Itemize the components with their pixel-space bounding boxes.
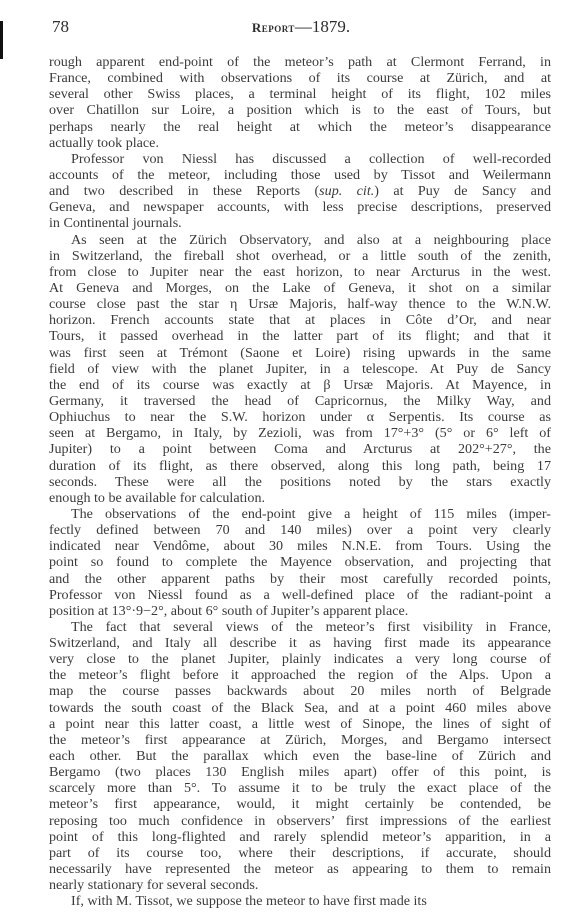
text-line: rough apparent end-point of the meteor’s… [49,54,551,70]
text-line: enough to be available for calculation. [49,490,551,506]
text-line: Ophiuchus to near the S.W. horizon under… [49,409,551,425]
text-line: actually took place. [49,135,551,151]
text-line: Jupiter) to a point between Coma and Arc… [49,441,551,457]
text-line: map the course passes backwards about 20… [49,683,551,699]
text-line: course close past the star η Ursæ Majori… [49,296,551,312]
text-line: a point near this latter coast, a little… [49,716,551,732]
text-line: nearly stationary for several seconds. [49,877,551,893]
text-line: fectly defined between 70 and 140 miles)… [49,522,551,538]
text-line: Geneva, and newspaper accounts, with les… [49,199,551,215]
text-line: perhaps nearly the real height at which … [49,119,551,135]
text-line: scarcely more than 5°. To assume it to b… [49,780,551,796]
paragraph: rough apparent end-point of the meteor’s… [49,54,551,151]
header-title: Report—1879. [50,17,552,37]
text-line: was first seen at Trémont (Saone et Loir… [49,345,551,361]
text-line: each other. But the parallax which even … [49,748,551,764]
text-line: duration of its flight, as there observe… [49,458,551,474]
text-line: seconds. These were all the positions no… [49,474,551,490]
paragraph: The observations of the end-point give a… [49,506,551,619]
text-line: over Chatillon sur Loire, a position whi… [49,102,551,118]
text-line: France, combined with observations of it… [49,70,551,86]
text-line: Professor von Niessl has discussed a col… [49,151,551,167]
text-line: several other Swiss places, a terminal h… [49,86,551,102]
text-line: necessarily have represented the meteor … [49,861,551,877]
paragraph: If, with M. Tissot, we suppose the meteo… [49,893,551,909]
text-line: accounts of the meteor, including those … [49,167,551,183]
text-line: indicated near Vendôme, about 30 miles N… [49,538,551,554]
text-line: and two described in these Reports (sup.… [49,183,551,199]
text-line: from close to Jupiter near the east hori… [49,264,551,280]
running-head: 78 Report—1879. [50,17,552,37]
text-line: point so found to complete the Mayence o… [49,554,551,570]
paragraph: The fact that several views of the meteo… [49,619,551,893]
text-line: Tours, it passed overhead in the latter … [49,328,551,344]
text-line: the end of its course was exactly at β U… [49,377,551,393]
text-line: Bergamo (two places 130 English miles ap… [49,764,551,780]
text-line: Professor von Niessl found as a well-def… [49,587,551,603]
paragraph: Professor von Niessl has discussed a col… [49,151,551,232]
text-line: seen at Bergamo, in Italy, by Zezioli, w… [49,425,551,441]
text-line: and the other apparent paths by their mo… [49,571,551,587]
scan-edge-bar [0,21,3,59]
text-line: horizon. French accounts state that at p… [49,312,551,328]
text-line: in Switzerland, the fireball shot overhe… [49,248,551,264]
text-line: point of this long-flighted and rarely s… [49,829,551,845]
paragraph: As seen at the Zürich Observatory, and a… [49,232,551,506]
text-line: part of its course too, where their desc… [49,845,551,861]
text-line: The fact that several views of the meteo… [49,619,551,635]
text-line: towards the south coast of the Black Sea… [49,700,551,716]
text-line: If, with M. Tissot, we suppose the meteo… [49,893,551,909]
text-line: the meteor’s first appearance at Zürich,… [49,732,551,748]
text-line: in Continental journals. [49,215,551,231]
text-line: the meteor’s flight before it approached… [49,667,551,683]
header-title-year: —1879. [295,17,350,36]
text-line: position at 13°·9−2°, about 6° south of … [49,603,551,619]
text-line: very close to the planet Jupiter, plainl… [49,651,551,667]
text-line: At Geneva and Morges, on the Lake of Gen… [49,280,551,296]
text-line: The observations of the end-point give a… [49,506,551,522]
text-line: As seen at the Zürich Observatory, and a… [49,232,551,248]
text-line: reposing too much confidence in observer… [49,813,551,829]
text-line: Germany, it traversed the head of Capric… [49,393,551,409]
body-text: rough apparent end-point of the meteor’s… [49,54,551,909]
text-line: field of view with the planet Jupiter, i… [49,361,551,377]
text-line: meteor’s first appearance, would, it mig… [49,796,551,812]
text-line: Switzerland, and Italy all describe it a… [49,635,551,651]
header-title-smallcaps: Report [252,20,295,35]
